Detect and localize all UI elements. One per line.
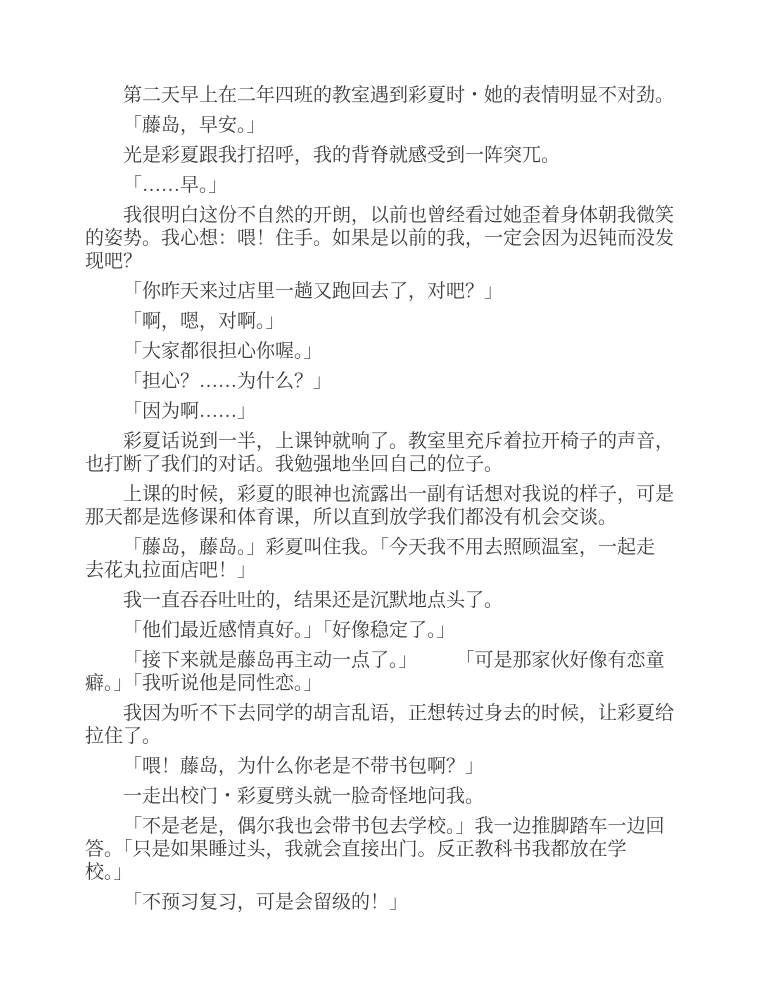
text-line: 「不是老是，偶尔我也会带书包去学校。」我一边推脚踏车一边回 bbox=[85, 815, 691, 838]
text-line: 的姿势。我心想：喂！住手。如果是以前的我，一定会因为迟钝而没发 bbox=[85, 227, 691, 250]
paragraph: 上课的时候，彩夏的眼神也流露出一副有话想对我说的样子，可是那天都是选修课和体育课… bbox=[85, 483, 691, 529]
text-line: 拉住了。 bbox=[85, 725, 691, 748]
text-line: 我很明白这份不自然的开朗，以前也曾经看过她歪着身体朝我微笑 bbox=[85, 204, 691, 227]
paragraph: 「不预习复习，可是会留级的！」 bbox=[85, 891, 691, 914]
text-line: 「他们最近感情真好。」「好像稳定了。」 bbox=[85, 619, 691, 642]
paragraph: 「他们最近感情真好。」「好像稳定了。」 bbox=[85, 619, 691, 642]
text-line: 校。」 bbox=[85, 861, 691, 884]
paragraph: 「喂！藤岛，为什么你老是不带书包啊？」 bbox=[85, 755, 691, 778]
novel-page: 第二天早上在二年四班的教室遇到彩夏时・她的表情明显不对劲。「藤岛，早安。」光是彩… bbox=[0, 0, 765, 990]
paragraph: 「……早。」 bbox=[85, 174, 691, 197]
paragraph: 「藤岛，藤岛。」彩夏叫住我。「今天我不用去照顾温室，一起走去花丸拉面店吧！」 bbox=[85, 536, 691, 582]
text-line: 光是彩夏跟我打招呼，我的背脊就感受到一阵突兀。 bbox=[85, 144, 691, 167]
paragraph: 我因为听不下去同学的胡言乱语，正想转过身去的时候，让彩夏给拉住了。 bbox=[85, 702, 691, 748]
text-line: 「啊，嗯，对啊。」 bbox=[85, 310, 691, 333]
text-line: 我因为听不下去同学的胡言乱语，正想转过身去的时候，让彩夏给 bbox=[85, 702, 691, 725]
paragraph: 我很明白这份不自然的开朗，以前也曾经看过她歪着身体朝我微笑的姿势。我心想：喂！住… bbox=[85, 204, 691, 273]
text-line: 也打断了我们的对话。我勉强地坐回自己的位子。 bbox=[85, 453, 691, 476]
text-line: 「藤岛，藤岛。」彩夏叫住我。「今天我不用去照顾温室，一起走 bbox=[85, 536, 691, 559]
text-line: 「藤岛，早安。」 bbox=[85, 114, 691, 137]
paragraph: 「因为啊……」 bbox=[85, 400, 691, 423]
text-line: 答。「只是如果睡过头，我就会直接出门。反正教科书我都放在学 bbox=[85, 838, 691, 861]
text-line: 现吧？ bbox=[85, 250, 691, 273]
paragraph: 「接下来就是藤岛再主动一点了。」 「可是那家伙好像有恋童癖。」「我听说他是同性恋… bbox=[85, 649, 691, 695]
text-line: 上课的时候，彩夏的眼神也流露出一副有话想对我说的样子，可是 bbox=[85, 483, 691, 506]
text-line: 「大家都很担心你喔。」 bbox=[85, 340, 691, 363]
text-line: 我一直吞吞吐吐的，结果还是沉默地点头了。 bbox=[85, 589, 691, 612]
text-line: 去花丸拉面店吧！」 bbox=[85, 559, 691, 582]
paragraph: 一走出校门・彩夏劈头就一脸奇怪地问我。 bbox=[85, 785, 691, 808]
paragraph: 「你昨天来过店里一趟又跑回去了，对吧？」 bbox=[85, 280, 691, 303]
text-line: 「……早。」 bbox=[85, 174, 691, 197]
paragraph: 彩夏话说到一半，上课钟就响了。教室里充斥着拉开椅子的声音，也打断了我们的对话。我… bbox=[85, 430, 691, 476]
text-line: 那天都是选修课和体育课，所以直到放学我们都没有机会交谈。 bbox=[85, 506, 691, 529]
text-line: 「喂！藤岛，为什么你老是不带书包啊？」 bbox=[85, 755, 691, 778]
paragraph: 光是彩夏跟我打招呼，我的背脊就感受到一阵突兀。 bbox=[85, 144, 691, 167]
text-line: 癖。」「我听说他是同性恋。」 bbox=[85, 672, 691, 695]
text-line: 「担心？……为什么？」 bbox=[85, 370, 691, 393]
paragraph: 「藤岛，早安。」 bbox=[85, 114, 691, 137]
text-line: 一走出校门・彩夏劈头就一脸奇怪地问我。 bbox=[85, 785, 691, 808]
text-line: 「你昨天来过店里一趟又跑回去了，对吧？」 bbox=[85, 280, 691, 303]
text-line: 「因为啊……」 bbox=[85, 400, 691, 423]
paragraph: 「啊，嗯，对啊。」 bbox=[85, 310, 691, 333]
paragraph: 「大家都很担心你喔。」 bbox=[85, 340, 691, 363]
text-line: 彩夏话说到一半，上课钟就响了。教室里充斥着拉开椅子的声音， bbox=[85, 430, 691, 453]
text-line: 「不预习复习，可是会留级的！」 bbox=[85, 891, 691, 914]
text-line: 「接下来就是藤岛再主动一点了。」 「可是那家伙好像有恋童 bbox=[85, 649, 691, 672]
paragraph: 「不是老是，偶尔我也会带书包去学校。」我一边推脚踏车一边回答。「只是如果睡过头，… bbox=[85, 815, 691, 884]
text-block: 第二天早上在二年四班的教室遇到彩夏时・她的表情明显不对劲。「藤岛，早安。」光是彩… bbox=[85, 84, 691, 921]
paragraph: 「担心？……为什么？」 bbox=[85, 370, 691, 393]
paragraph: 我一直吞吞吐吐的，结果还是沉默地点头了。 bbox=[85, 589, 691, 612]
paragraph: 第二天早上在二年四班的教室遇到彩夏时・她的表情明显不对劲。 bbox=[85, 84, 691, 107]
text-line: 第二天早上在二年四班的教室遇到彩夏时・她的表情明显不对劲。 bbox=[85, 84, 691, 107]
